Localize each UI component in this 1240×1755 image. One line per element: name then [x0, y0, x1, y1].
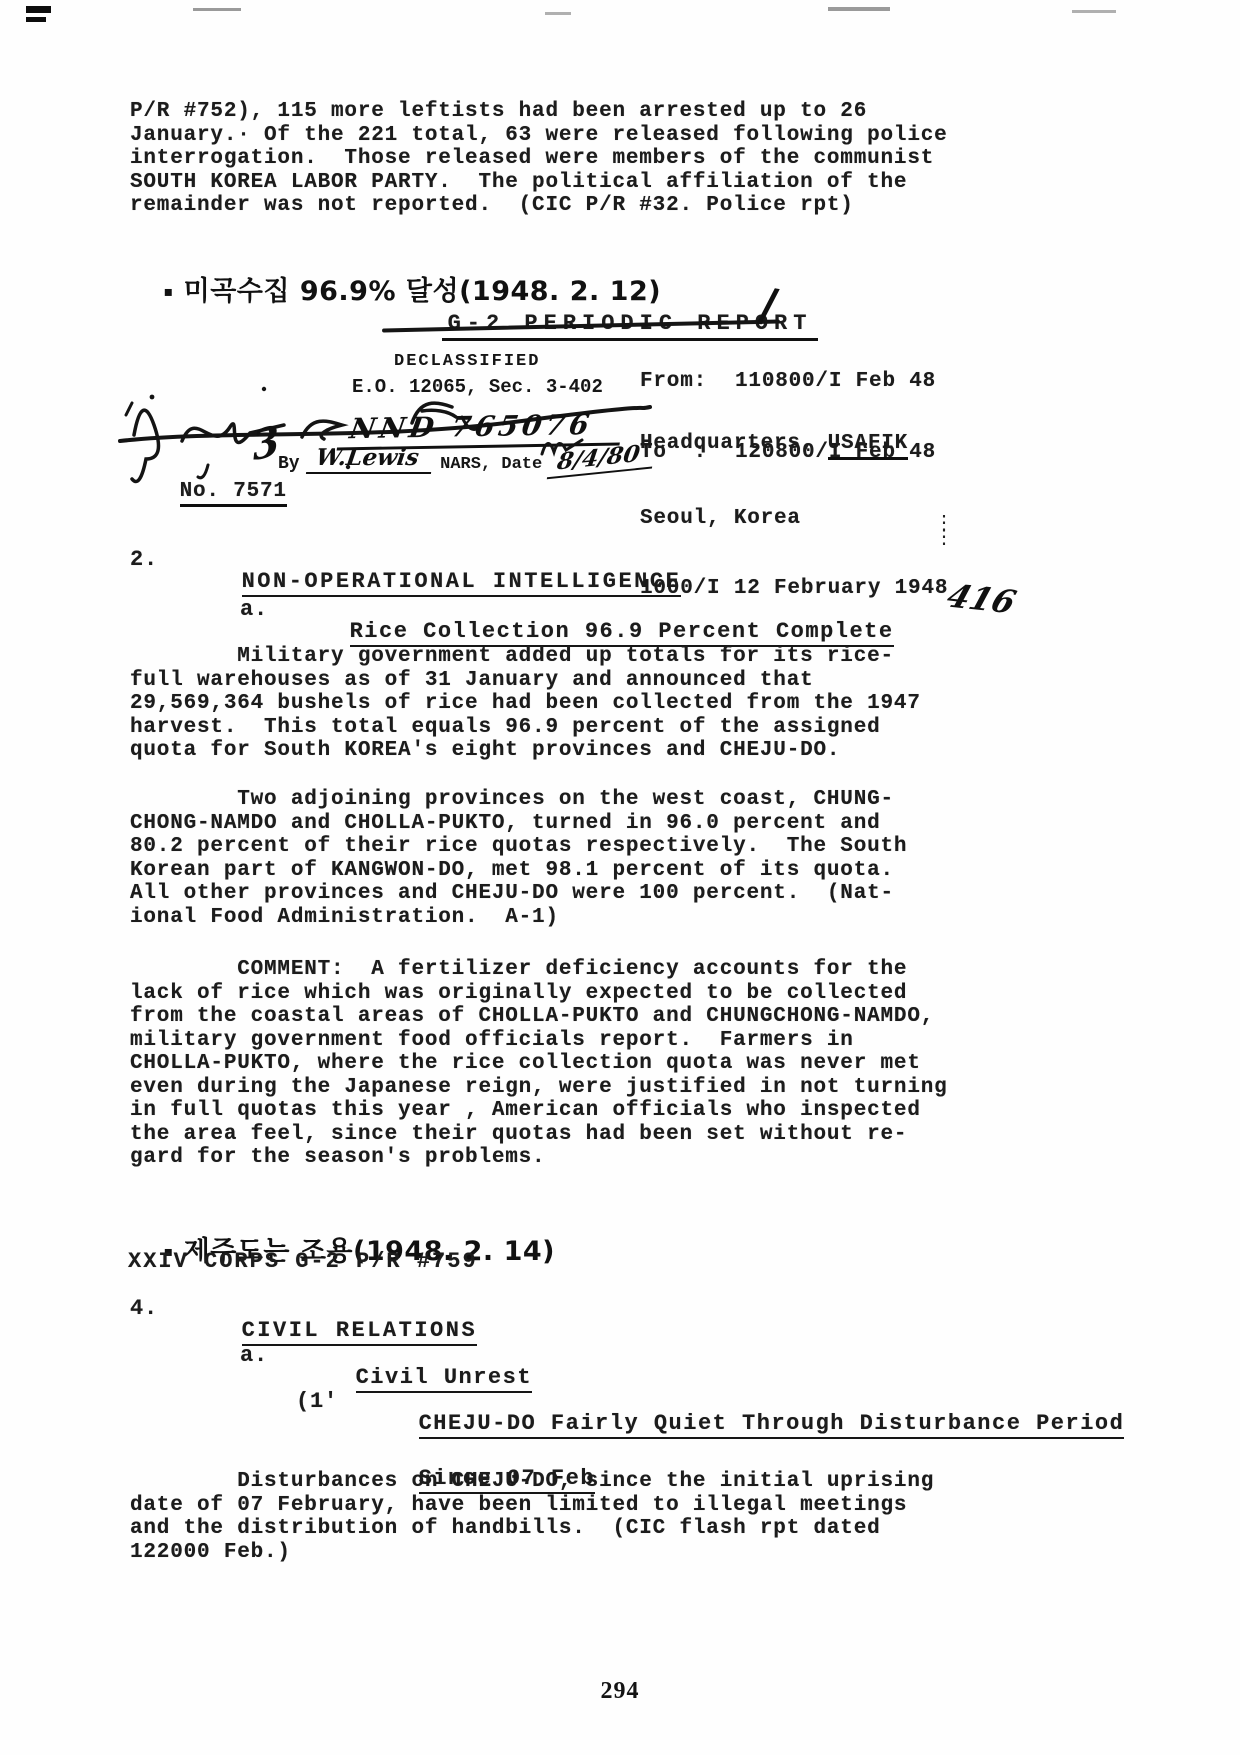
declassified-stamp-line2: E.O. 12065, Sec. 3-402 — [352, 376, 603, 398]
section-2a-label: a. — [240, 598, 268, 622]
scan-artifact — [545, 12, 571, 15]
headquarters-location: Seoul, Korea — [640, 507, 948, 531]
section-4a-label: a. — [240, 1344, 268, 1368]
margin-note-handwritten: 416 — [942, 577, 1020, 621]
scan-artifact — [26, 6, 51, 13]
declassified-stamp-line1: DECLASSIFIED — [394, 352, 540, 371]
scanned-document-page: P/R #752), 115 more leftists had been ar… — [0, 0, 1240, 1755]
scan-artifact — [193, 8, 241, 11]
rice-paragraph-1: Military government added up totals for … — [130, 645, 990, 763]
by-name-handwritten: W.Lewis — [306, 444, 435, 474]
declassified-by-line: By W.Lewis NARS, Date 8/4/80 — [278, 444, 653, 474]
headquarters-unit: USAFIK — [828, 432, 908, 460]
headquarters-prefix: Headquarters, — [640, 432, 828, 455]
headquarters-line: Headquarters, USAFIK — [640, 432, 948, 460]
intro-paragraph: P/R #752), 115 more leftists had been ar… — [130, 100, 970, 218]
rice-paragraph-2: Two adjoining provinces on the west coas… — [130, 788, 990, 929]
comment-paragraph: COMMENT: A fertilizer deficiency account… — [130, 958, 1010, 1170]
item-1-label: (1' — [296, 1390, 338, 1414]
report-number-text: No. 7571 — [180, 480, 287, 508]
scribble-mark — [540, 432, 586, 458]
section-2a-title: Rice Collection 96.9 Percent Complete — [350, 620, 894, 648]
bullet-icon: ▪ — [164, 284, 174, 300]
report-number: No. 7571 — [126, 456, 287, 531]
cheju-paragraph: Disturbances on CHEJU-DO, since the init… — [130, 1470, 1010, 1564]
nars-date-label: NARS, Date — [440, 455, 542, 474]
section-2-number: 2. — [130, 548, 158, 572]
section-2-title: NON-OPERATIONAL INTELLIGENCE — [242, 570, 682, 598]
scan-artifact — [828, 7, 890, 11]
section-4-number: 4. — [130, 1297, 158, 1321]
scan-artifact — [26, 17, 46, 22]
scan-artifact — [1072, 10, 1116, 13]
item-1-title-line1: CHEJU-DO Fairly Quiet Through Disturbanc… — [419, 1412, 1125, 1440]
source-report-line: XXIV CORPS G-2 P/R #759 — [128, 1250, 478, 1274]
page-number: 294 — [0, 1678, 1240, 1705]
ink-specks: ⋮⋮ — [934, 518, 954, 546]
